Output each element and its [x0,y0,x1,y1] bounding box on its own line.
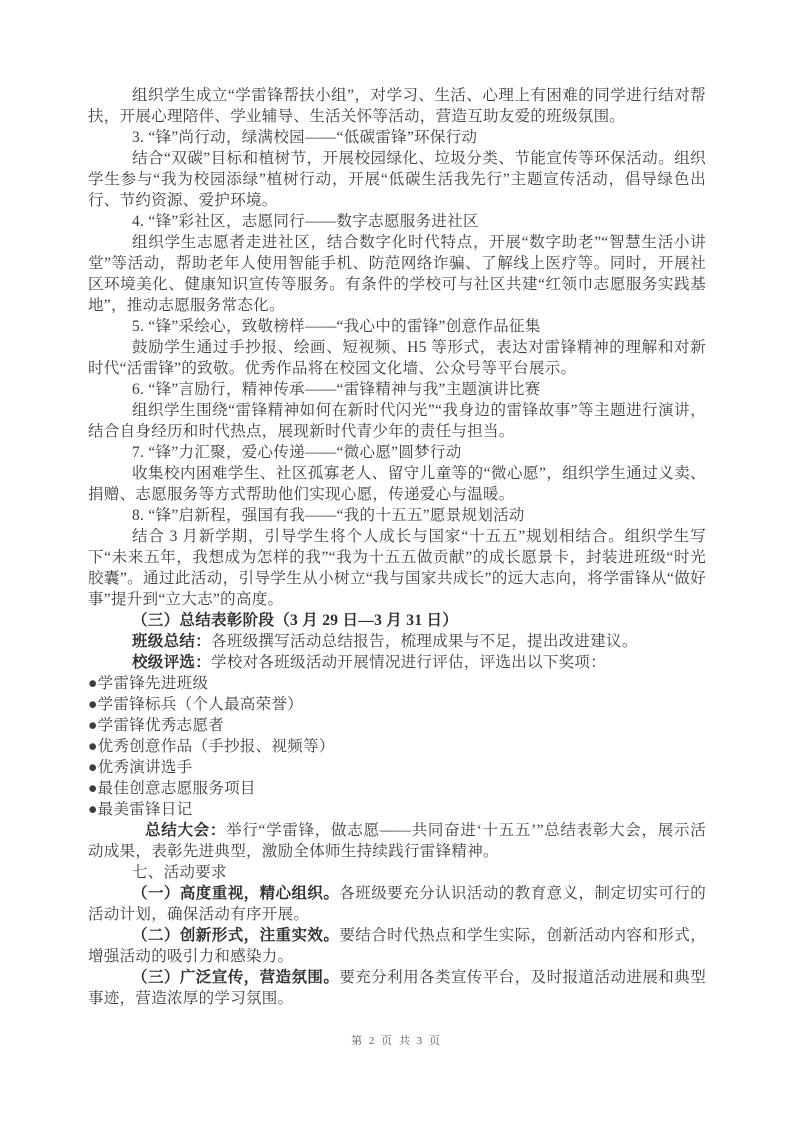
paragraph: （二）创新形式，注重实效。要结合时代热点和学生实际，创新活动内容和形式，增强活动… [88,925,706,967]
paragraph-lead: （一）高度重视，精心组织。 [132,885,339,902]
bullet-item: ●最美雷锋日记 [88,799,706,820]
paragraph: 结合 3 月新学期，引导学生将个人成长与国家“十五五”规划相结合。组织学生写下“… [88,526,706,610]
paragraph: （一）高度重视，精心组织。各班级要充分认识活动的教育意义，制定切实可行的活动计划… [88,883,706,925]
paragraph: 班级总结：各班级撰写活动总结报告，梳理成果与不足，提出改进建议。 [88,631,706,652]
bullet-item: ●优秀创意作品（手抄报、视频等） [88,736,706,757]
paragraph: 七、活动要求 [88,862,706,883]
paragraph: 组织学生成立“学雷锋帮扶小组”，对学习、生活、心理上有困难的同学进行结对帮扶，开… [88,85,706,127]
bullet-item: ●最佳创意志愿服务项目 [88,778,706,799]
paragraph-lead: 班级总结： [132,633,211,650]
paragraph: 3. “锋”尚行动，绿满校园——“低碳雷锋”环保行动 [88,127,706,148]
paragraph: 结合“双碳”目标和植树节，开展校园绿化、垃圾分类、节能宣传等环保活动。组织学生参… [88,148,706,211]
paragraph-lead: （二）创新形式，注重实效。 [132,927,339,944]
bullet-item: ●学雷锋优秀志愿者 [88,715,706,736]
paragraph: 4. “锋”彩社区，志愿同行——数字志愿服务进社区 [88,211,706,232]
paragraph: 组织学生围绕“雷锋精神如何在新时代闪光”“我身边的雷锋故事”等主题进行演讲，结合… [88,400,706,442]
paragraph: （三）广泛宣传，营造氛围。要充分利用各类宣传平台，及时报道活动进展和典型事迹，营… [88,967,706,1009]
bullet-item: ●优秀演讲选手 [88,757,706,778]
paragraph-lead: 校级评选： [132,654,211,671]
paragraph: （三）总结表彰阶段（3 月 29 日—3 月 31 日） [88,610,706,631]
paragraph-lead: （三）广泛宣传，营造氛围。 [132,969,339,986]
paragraph-lead: 总结大会： [145,822,226,839]
paragraph: 收集校内困难学生、社区孤寡老人、留守儿童等的“微心愿”，组织学生通过义卖、捐赠、… [88,463,706,505]
paragraph: 5. “锋”采绘心，致敬榜样——“我心中的雷锋”创意作品征集 [88,316,706,337]
document-body: 组织学生成立“学雷锋帮扶小组”，对学习、生活、心理上有困难的同学进行结对帮扶，开… [88,85,706,1009]
paragraph: 8. “锋”启新程，强国有我——“我的十五五”愿景规划活动 [88,505,706,526]
paragraph: 6. “锋”言励行，精神传承——“雷锋精神与我”主题演讲比赛 [88,379,706,400]
paragraph: 总结大会：举行“学雷锋，做志愿——共同奋进‘十五五’”总结表彰大会，展示活动成果… [88,820,706,862]
paragraph: 校级评选：学校对各班级活动开展情况进行评估，评选出以下奖项： [88,652,706,673]
document-page: 组织学生成立“学雷锋帮扶小组”，对学习、生活、心理上有困难的同学进行结对帮扶，开… [0,0,793,1122]
page-footer: 第 2 页 共 3 页 [0,1032,793,1048]
paragraph: 鼓励学生通过手抄报、绘画、短视频、H5 等形式，表达对雷锋精神的理解和对新时代“… [88,337,706,379]
bullet-item: ●学雷锋标兵（个人最高荣誉） [88,694,706,715]
paragraph: 7. “锋”力汇聚，爱心传递——“微心愿”圆梦行动 [88,442,706,463]
paragraph: 组织学生志愿者走进社区，结合数字化时代特点，开展“数字助老”“智慧生活小讲堂”等… [88,232,706,316]
bullet-item: ●学雷锋先进班级 [88,673,706,694]
